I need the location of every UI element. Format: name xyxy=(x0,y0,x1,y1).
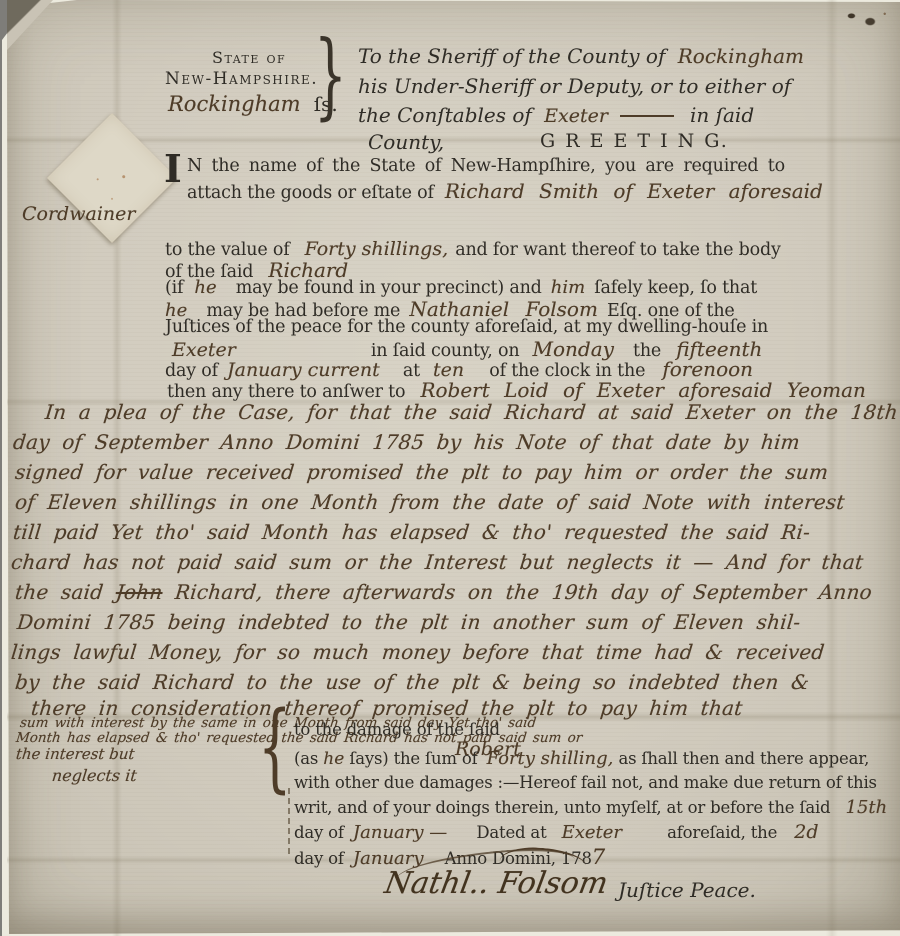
printed-text: aforeſaid, the xyxy=(667,823,777,842)
closing-line: with other due damages :—Hereof fail not… xyxy=(294,773,877,792)
printed-text: ſays) the ſum of xyxy=(349,749,477,768)
printed-text: day of xyxy=(294,849,344,868)
address-line2: his Under-Sheriff or Deputy, or to eithe… xyxy=(358,74,791,98)
handwritten-him: him xyxy=(551,277,585,298)
printed-text: Dated at xyxy=(476,823,546,842)
printed-text: To the Sheriff of the County of xyxy=(358,44,665,68)
handwritten-text: Richard, there afterwards on the 19th da… xyxy=(174,580,873,604)
body-line: then any there to anſwer to Robert Loid … xyxy=(167,378,866,402)
plea-line: by the said Richard to the use of the pl… xyxy=(14,670,810,694)
greeting: G R E E T I N G. xyxy=(540,130,729,152)
printed-text: the Conſtables of xyxy=(358,103,532,127)
printed-text: writ, and of your doings therein, unto m… xyxy=(294,798,830,817)
handwritten-exeter: Exeter xyxy=(544,105,608,127)
handwritten-rockingham: Rockingham xyxy=(678,44,804,68)
margin-note: neglects it xyxy=(51,766,138,785)
scanned-document: State of New-Hampshire. Rockingham ſs. }… xyxy=(0,0,900,936)
handwritten-plaintiff-name: Robert Loid of Exeter aforesaid Yeoman xyxy=(420,378,866,402)
printed-text: as ſhall then and there appear, xyxy=(618,749,869,768)
plea-line: day of September Anno Domini 1785 by his… xyxy=(12,430,801,454)
body-line: (if he may be found in your precinct) an… xyxy=(165,277,757,298)
handwritten-he: he xyxy=(194,277,216,298)
handwritten-defendant-name: Richard Smith of Exeter aforesaid xyxy=(445,179,823,203)
signature-name: Nathl.. Folsom xyxy=(382,866,611,901)
handwritten-amount: Forty shillings, xyxy=(305,238,449,260)
closing-line: day of January — Dated at Exeter aforeſa… xyxy=(294,821,819,843)
header-brace: } xyxy=(314,36,347,116)
dropcap-I: I xyxy=(164,150,182,188)
printed-text: attach the goods or eſtate of xyxy=(187,183,434,203)
address-line3: the Conſtables of Exeterin ſaid xyxy=(358,103,754,127)
header-county-line: Rockingham ſs. xyxy=(168,92,338,116)
plea-line: till paid Yet tho' said Month has elapse… xyxy=(12,520,811,544)
closing-line: writ, and of your doings therein, unto m… xyxy=(294,797,887,818)
printed-text: (as xyxy=(294,749,318,768)
printed-text: day of xyxy=(294,823,344,842)
address-line1: To the Sheriff of the County of Rockingh… xyxy=(358,44,804,68)
handwritten-amount: Forty shilling, xyxy=(487,748,614,769)
handwritten-he: he xyxy=(323,749,344,769)
body-line: to the value of Forty shillings, and for… xyxy=(165,238,781,260)
plea-line: the said John Richard, there afterwards … xyxy=(14,580,873,604)
handwritten-15th: 15th xyxy=(846,797,888,818)
plea-line: signed for value received promised the p… xyxy=(14,460,830,484)
handwritten-occupation: Cordwainer xyxy=(22,203,135,225)
printed-text: may be found in your precinct) and xyxy=(236,278,542,298)
closing-brace: { xyxy=(258,706,292,788)
ink-blot xyxy=(840,6,892,32)
struck-word: John xyxy=(115,580,164,604)
printed-text: and for want thereof to take the body xyxy=(455,240,780,260)
address-line4: County, xyxy=(368,130,444,154)
handwritten-county: Rockingham xyxy=(168,92,301,116)
printed-text: to the value of xyxy=(165,240,289,260)
handwritten-2d: 2d xyxy=(794,821,818,843)
handwritten-text: the said xyxy=(14,580,105,604)
signature-title: Juſtice Peace. xyxy=(618,878,756,902)
body-line: N the name of the State of New-Hampſhire… xyxy=(187,156,785,176)
printed-text: (if xyxy=(165,278,183,298)
plea-line: lings lawful Money, for so much money be… xyxy=(10,640,826,664)
closing-line: to the damage of the ſaid xyxy=(294,720,500,739)
plea-line: of Eleven shillings in one Month from th… xyxy=(14,490,846,514)
header-state-line1: State of xyxy=(212,48,286,67)
printed-text: in ſaid xyxy=(690,103,754,127)
handwritten-exeter: Exeter xyxy=(562,822,622,843)
body-line: attach the goods or eſtate of Richard Sm… xyxy=(187,179,823,203)
plea-line: chard has not paid said sum or the Inter… xyxy=(10,550,865,574)
dashed-rule xyxy=(288,788,290,854)
printed-text: then any there to anſwer to xyxy=(167,382,405,402)
printed-text: ſafely keep, ſo that xyxy=(594,278,757,298)
pen-dash xyxy=(620,115,674,117)
handwritten-january: January — xyxy=(353,822,447,843)
closing-line: (as he ſays) the ſum of Forty shilling, … xyxy=(294,748,869,769)
plea-line: Domini 1785 being indebted to the plt in… xyxy=(16,610,802,634)
header-state-line2: New-Hampshire. xyxy=(165,69,318,89)
plea-line: In a plea of the Case, for that the said… xyxy=(44,400,899,424)
body-line: Juſtices of the peace for the county afo… xyxy=(165,317,768,337)
margin-note: the interest but xyxy=(15,745,135,763)
